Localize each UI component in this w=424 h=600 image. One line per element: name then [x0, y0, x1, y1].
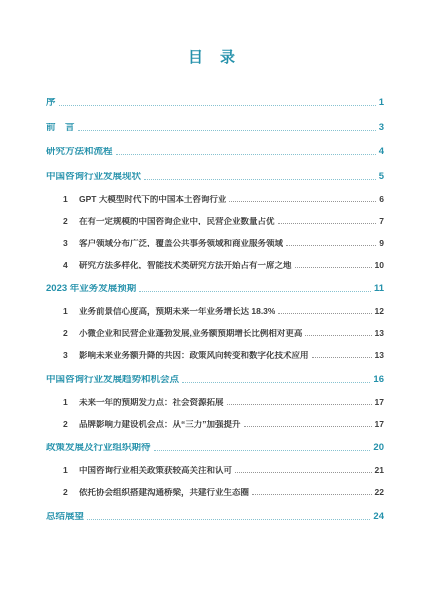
toc-entry-sub[interactable]: 2小微企业和民营企业蓬勃发展,业务额预期增长比例相对更高13	[46, 329, 384, 338]
toc-entry-page-number: 20	[373, 443, 384, 453]
toc-entry-label: 总结展望	[46, 512, 84, 522]
dot-leader	[87, 519, 370, 520]
toc-entry-number: 1	[63, 195, 79, 204]
toc-entry-section[interactable]: 序1	[46, 98, 384, 108]
toc-entry-label: 客户领域分布广泛，覆盖公共事务领域和商业服务领域	[79, 239, 283, 248]
toc-entry-page-number: 6	[379, 195, 384, 204]
toc-entry-number: 2	[63, 420, 79, 429]
toc-entry-label: 序	[46, 98, 56, 108]
toc-entry-label: 品牌影响力建设机会点：从“三力”加强提升	[79, 420, 241, 429]
toc-entry-section[interactable]: 2023 年业务发展预期11	[46, 284, 384, 294]
toc-entry-page-number: 22	[375, 488, 384, 497]
toc-entry-number: 4	[63, 261, 79, 270]
toc-entry-number: 3	[63, 239, 79, 248]
toc-entry-label: GPT 大模型时代下的中国本土咨询行业	[79, 195, 226, 204]
toc-entry-sub[interactable]: 2依托协会组织搭建沟通桥梁，共建行业生态圈22	[46, 488, 384, 497]
dot-leader	[144, 179, 376, 180]
dot-leader	[295, 267, 372, 268]
toc-entry-number: 3	[63, 351, 79, 360]
toc-entry-section[interactable]: 前 言3	[46, 123, 384, 133]
dot-leader	[305, 335, 371, 336]
dot-leader	[139, 291, 371, 292]
toc-entry-page-number: 17	[375, 420, 384, 429]
toc-entry-page-number: 12	[375, 307, 384, 316]
dot-leader	[252, 494, 372, 495]
toc-entry-label: 小微企业和民营企业蓬勃发展,业务额预期增长比例相对更高	[79, 329, 302, 338]
toc-entry-page-number: 1	[379, 98, 384, 108]
toc-entry-page-number: 9	[379, 239, 384, 248]
toc-entry-number: 2	[63, 329, 79, 338]
toc-entry-page-number: 10	[375, 261, 384, 270]
toc-entry-section[interactable]: 中国咨询行业发展现状5	[46, 172, 384, 182]
dot-leader	[78, 130, 376, 131]
toc-entry-number: 1	[63, 466, 79, 475]
toc-entry-page-number: 4	[379, 147, 384, 157]
toc-entry-label: 研究方法和流程	[46, 147, 113, 157]
toc-entry-sub[interactable]: 1中国咨询行业相关政策获较高关注和认可21	[46, 466, 384, 475]
toc-entry-page-number: 13	[375, 329, 384, 338]
dot-leader	[182, 382, 370, 383]
toc-entry-label: 前 言	[46, 123, 75, 133]
toc-entry-sub[interactable]: 2品牌影响力建设机会点：从“三力”加强提升17	[46, 420, 384, 429]
toc-entry-page-number: 16	[373, 375, 384, 385]
toc-entry-page-number: 7	[379, 217, 384, 226]
dot-leader	[59, 105, 376, 106]
toc-entry-sub[interactable]: 4研究方法多样化，智能技术类研究方法开始占有一席之地10	[46, 261, 384, 270]
toc-entry-page-number: 17	[375, 398, 384, 407]
toc-entry-label: 未来一年的预期发力点：社会资源拓展	[79, 398, 224, 407]
toc-entry-label: 中国咨询行业相关政策获较高关注和认可	[79, 466, 232, 475]
toc-entry-sub[interactable]: 3影响未来业务额升降的共因：政策风向转变和数字化技术应用13	[46, 351, 384, 360]
toc-entry-sub[interactable]: 2在有一定规模的中国咨询企业中，民营企业数量占优7	[46, 217, 384, 226]
dot-leader	[286, 245, 376, 246]
toc-entry-section[interactable]: 研究方法和流程4	[46, 147, 384, 157]
toc-entry-number: 1	[63, 307, 79, 316]
toc-entry-page-number: 13	[375, 351, 384, 360]
toc-entry-label: 依托协会组织搭建沟通桥梁，共建行业生态圈	[79, 488, 249, 497]
toc-entry-label: 中国咨询行业发展现状	[46, 172, 141, 182]
toc-entry-number: 2	[63, 217, 79, 226]
toc-entry-number: 1	[63, 398, 79, 407]
toc-entry-page-number: 11	[374, 284, 384, 294]
toc-entry-label: 影响未来业务额升降的共因：政策风向转变和数字化技术应用	[79, 351, 309, 360]
toc-list: 序1前 言3研究方法和流程4中国咨询行业发展现状51GPT 大模型时代下的中国本…	[46, 98, 384, 521]
toc-entry-page-number: 5	[379, 172, 384, 182]
toc-entry-sub[interactable]: 1业务前景信心度高，预期未来一年业务增长达 18.3%12	[46, 307, 384, 316]
toc-entry-page-number: 21	[375, 466, 384, 475]
dot-leader	[235, 472, 372, 473]
toc-entry-sub[interactable]: 1未来一年的预期发力点：社会资源拓展17	[46, 398, 384, 407]
toc-entry-label: 政策发展及行业组织期待	[46, 443, 151, 453]
dot-leader	[227, 404, 372, 405]
toc-entry-section[interactable]: 总结展望24	[46, 512, 384, 522]
toc-entry-label: 在有一定规模的中国咨询企业中，民营企业数量占优	[79, 217, 275, 226]
dot-leader	[116, 154, 376, 155]
dot-leader	[312, 357, 372, 358]
toc-entry-sub[interactable]: 3客户领域分布广泛，覆盖公共事务领域和商业服务领域9	[46, 239, 384, 248]
toc-entry-page-number: 24	[373, 512, 384, 522]
toc-entry-section[interactable]: 中国咨询行业发展趋势和机会点16	[46, 375, 384, 385]
toc-entry-label: 研究方法多样化，智能技术类研究方法开始占有一席之地	[79, 261, 292, 270]
dot-leader	[154, 450, 371, 451]
toc-entry-label: 中国咨询行业发展趋势和机会点	[46, 375, 179, 385]
toc-entry-label: 业务前景信心度高，预期未来一年业务增长达 18.3%	[79, 307, 275, 316]
toc-entry-number: 2	[63, 488, 79, 497]
toc-document-page: 目 录 序1前 言3研究方法和流程4中国咨询行业发展现状51GPT 大模型时代下…	[0, 0, 424, 600]
toc-entry-section[interactable]: 政策发展及行业组织期待20	[46, 443, 384, 453]
dot-leader	[278, 223, 377, 224]
dot-leader	[244, 426, 372, 427]
dot-leader	[229, 201, 376, 202]
dot-leader	[278, 313, 371, 314]
toc-entry-page-number: 3	[379, 123, 384, 133]
toc-entry-sub[interactable]: 1GPT 大模型时代下的中国本土咨询行业6	[46, 195, 384, 204]
page-title: 目 录	[0, 46, 424, 67]
toc-entry-label: 2023 年业务发展预期	[46, 284, 136, 294]
